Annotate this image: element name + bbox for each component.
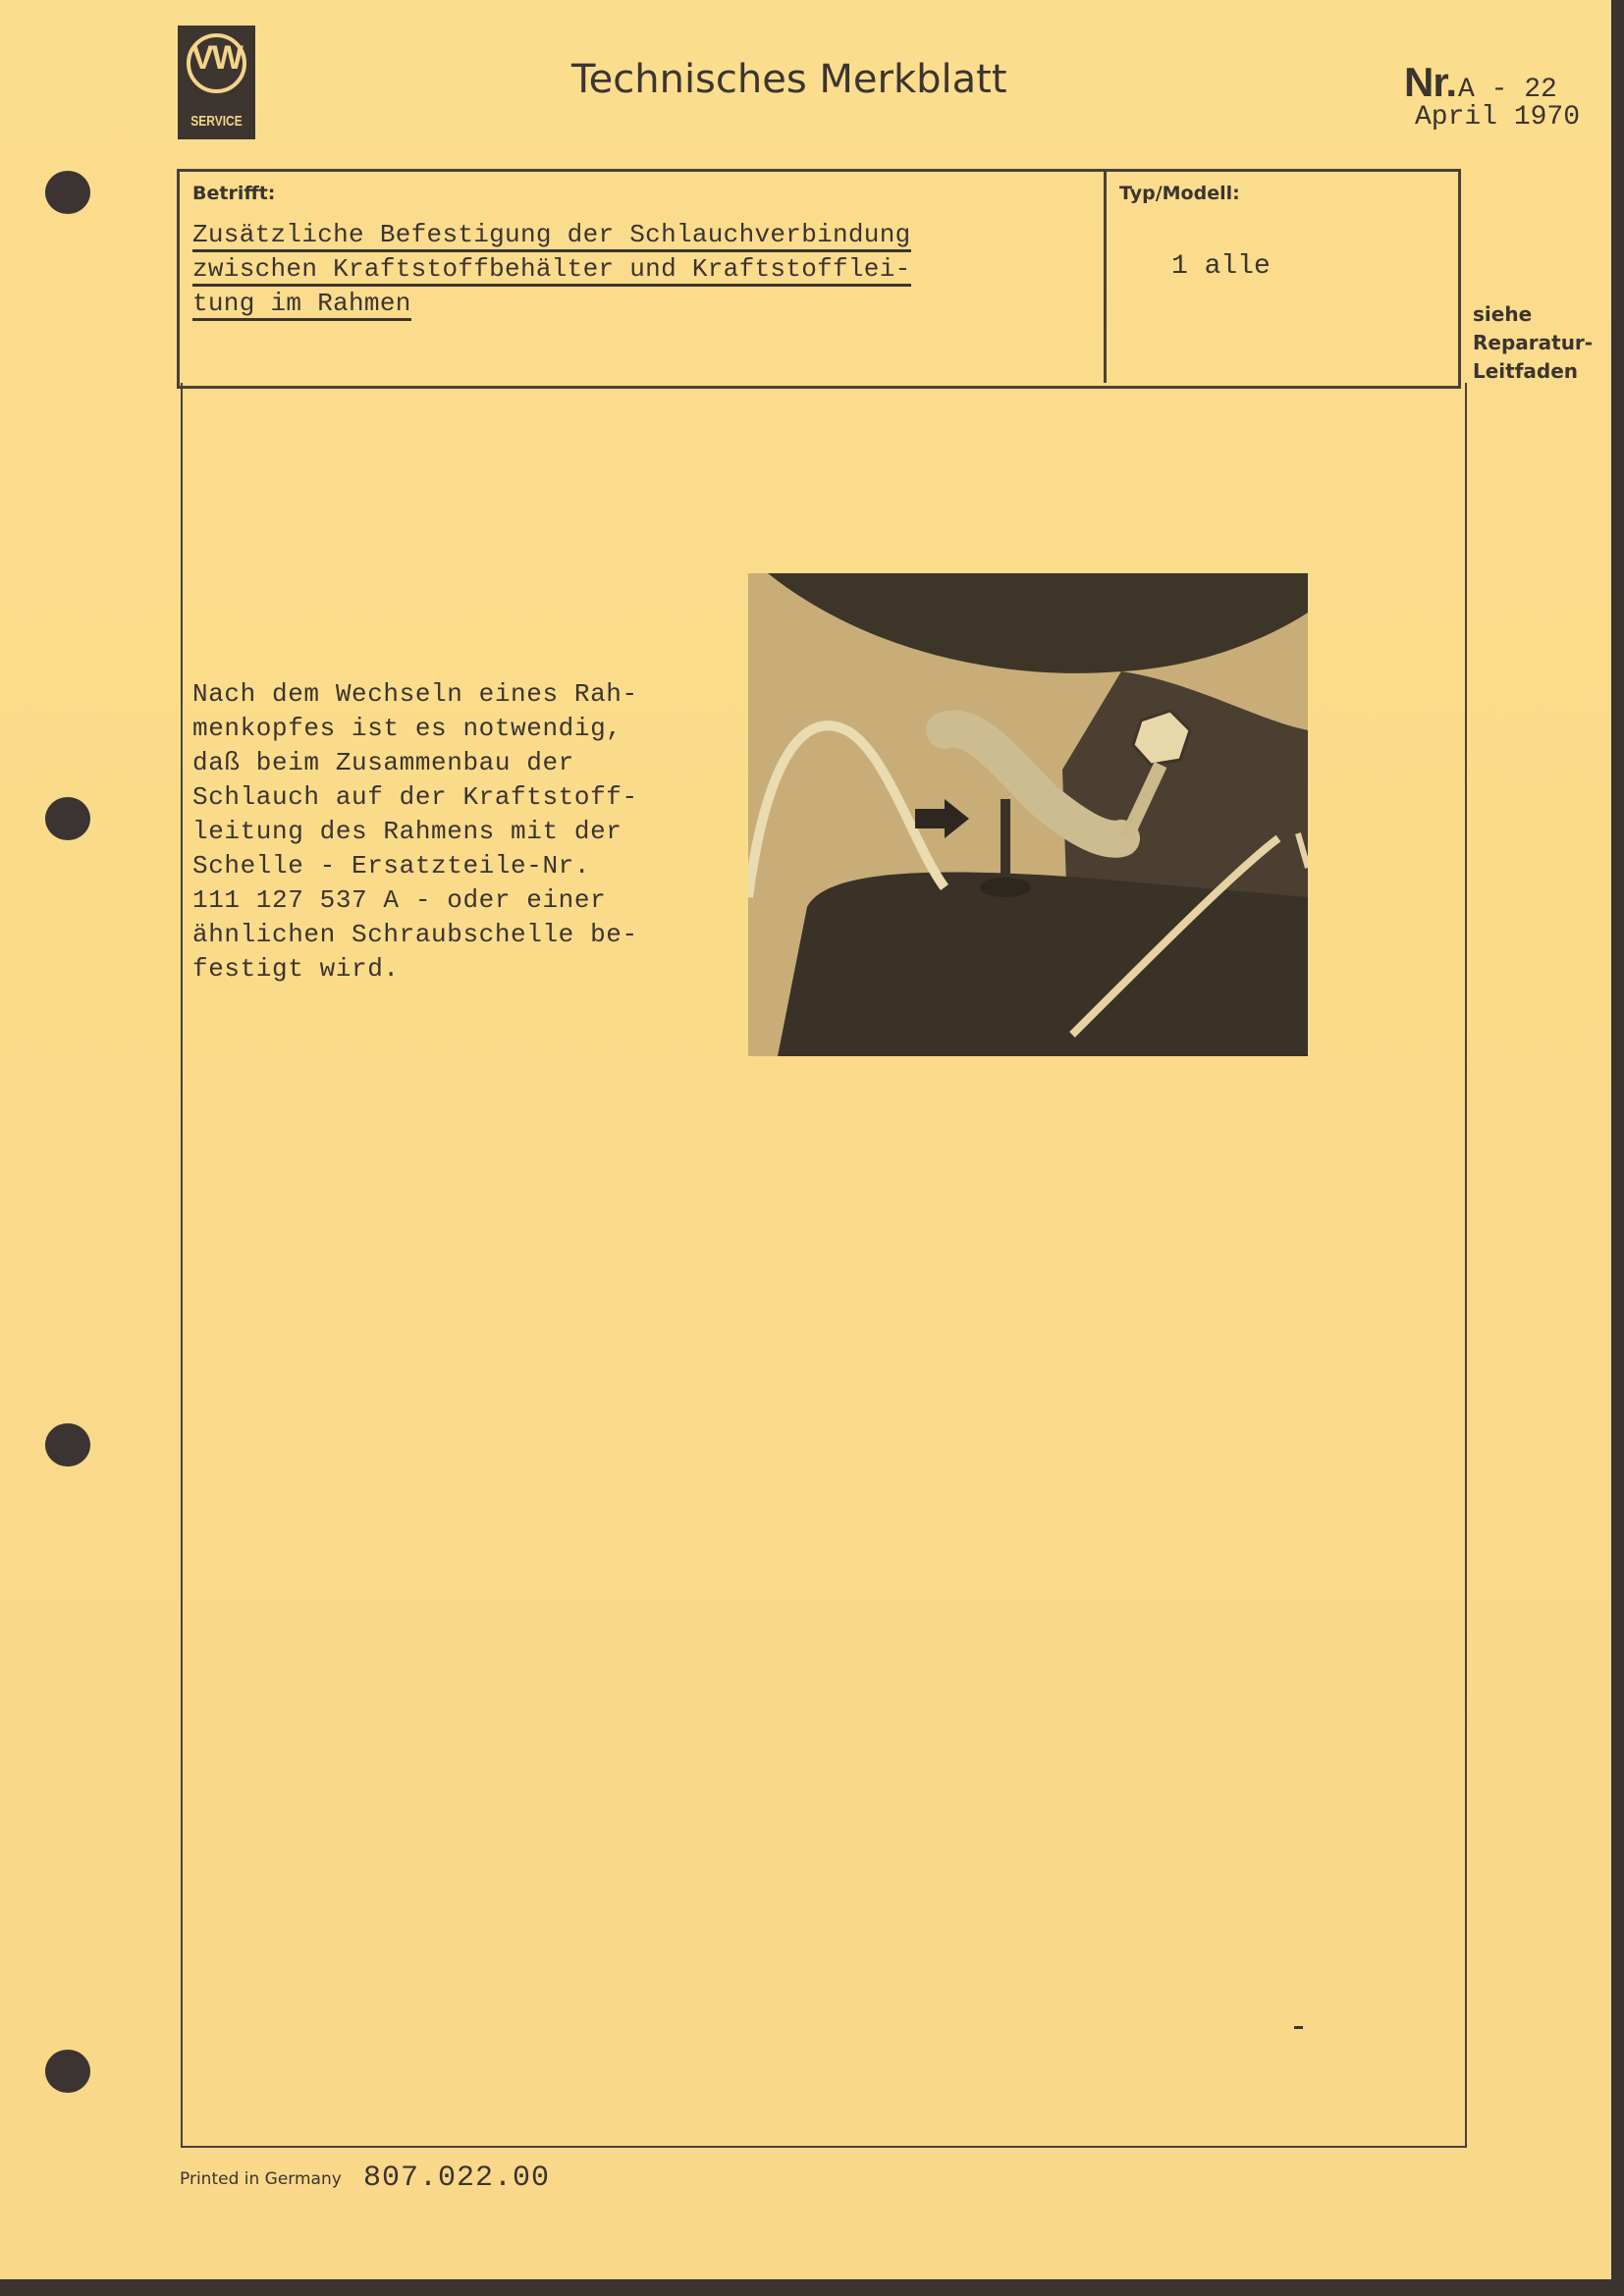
number-label: Nr. bbox=[1404, 59, 1456, 105]
logo-service-text: SERVICE bbox=[186, 113, 247, 130]
punch-hole bbox=[45, 1423, 90, 1467]
side-note-line: Leitfaden bbox=[1473, 357, 1593, 386]
stray-mark bbox=[1294, 2026, 1303, 2029]
document-date: April 1970 bbox=[1415, 102, 1580, 133]
model-value: 1 alle bbox=[1171, 251, 1271, 282]
vw-service-logo: VW SERVICE bbox=[178, 26, 255, 139]
model-label: Typ/Modell: bbox=[1119, 183, 1240, 204]
side-note-line: siehe bbox=[1473, 300, 1593, 329]
subject-line: zwischen Kraftstoffbehälter und Kraftsto… bbox=[192, 254, 911, 287]
header-divider bbox=[1104, 169, 1107, 383]
instruction-photo bbox=[748, 573, 1308, 1056]
side-note: siehe Reparatur- Leitfaden bbox=[1473, 300, 1593, 386]
subject-text: Zusätzliche Befestigung der Schlauchverb… bbox=[192, 218, 911, 321]
vw-emblem-text: VW bbox=[178, 39, 255, 78]
subject-line: Zusätzliche Befestigung der Schlauchverb… bbox=[192, 220, 911, 252]
document-number: Nr.A - 22 bbox=[1404, 59, 1557, 106]
document-page: VW SERVICE Technisches Merkblatt Nr.A - … bbox=[0, 0, 1611, 2279]
document-title: Technisches Merkblatt bbox=[571, 57, 1007, 102]
fuel-hose-photo-illustration bbox=[748, 573, 1308, 1056]
instruction-text: Nach dem Wechseln eines Rah- menkopfes i… bbox=[192, 677, 703, 987]
punch-hole bbox=[45, 797, 90, 840]
printed-in-germany: Printed in Germany bbox=[180, 2169, 342, 2189]
punch-hole bbox=[45, 2050, 90, 2093]
subject-line: tung im Rahmen bbox=[192, 289, 411, 321]
punch-hole bbox=[45, 171, 90, 214]
subject-label: Betrifft: bbox=[192, 183, 275, 204]
side-note-line: Reparatur- bbox=[1473, 329, 1593, 357]
form-code: 807.022.00 bbox=[363, 2162, 550, 2195]
number-value: A - 22 bbox=[1458, 75, 1557, 105]
